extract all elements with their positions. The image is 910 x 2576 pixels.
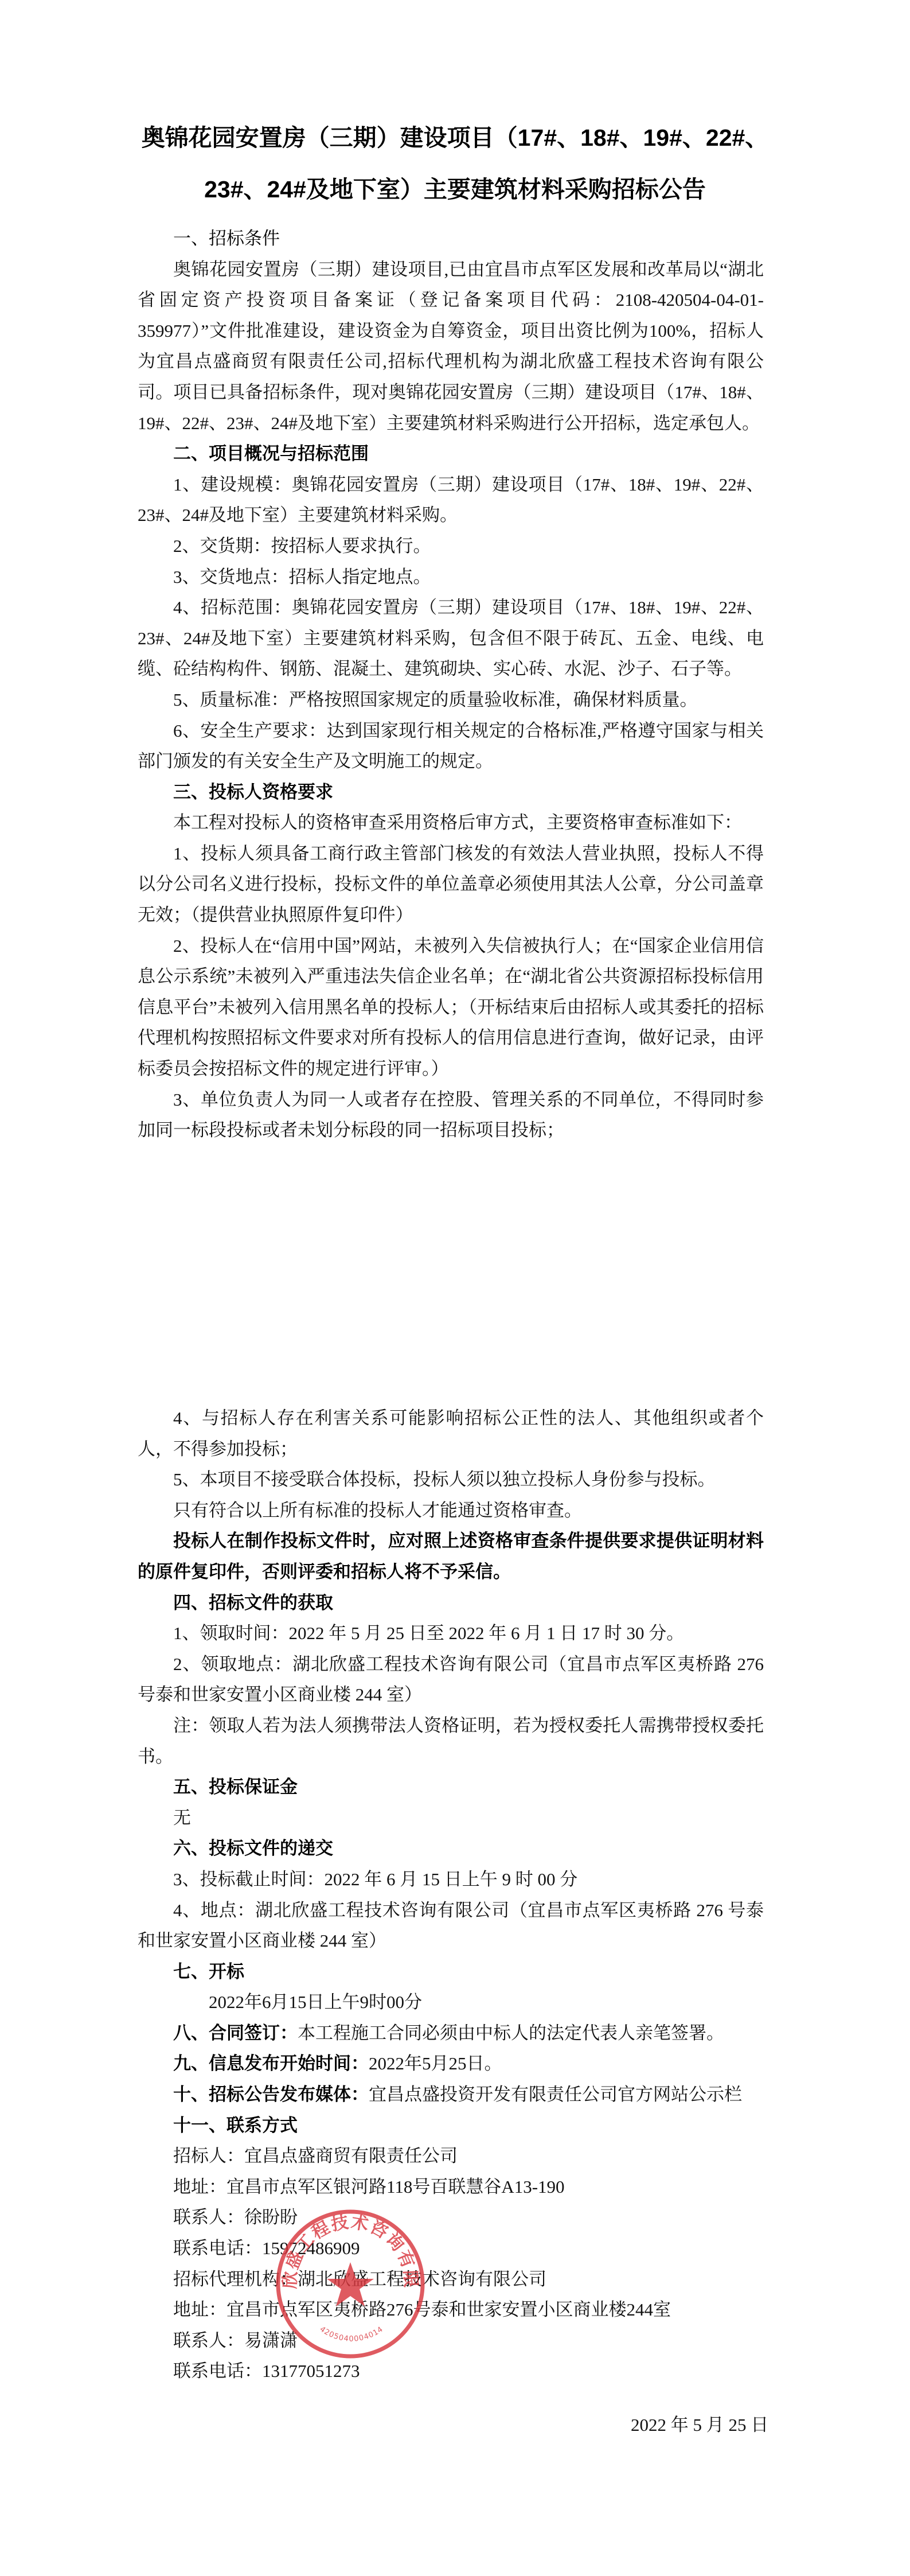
document-title-line-1: 奥锦花园安置房（三期）建设项目（17#、18#、19#、22#、 (115, 112, 795, 164)
section3-item-3: 3、单位负责人为同一人或者存在控股、管理关系的不同单位，不得同时参加同一标段投标… (138, 1084, 764, 1146)
section3-bold-note: 投标人在制作投标文件时，应对照上述资格审查条件提供要求提供证明材料的原件复印件，… (138, 1526, 764, 1587)
section4-item-2: 2、领取地点：湖北欣盛工程技术咨询有限公司（宜昌市点军区夷桥路 276 号泰和世… (138, 1649, 764, 1710)
section3-item-4: 4、与招标人存在利害关系可能影响招标公正性的法人、其他组织或者个人，不得参加投标… (138, 1403, 764, 1464)
section7-content: 2022年6月15日上午9时00分 (138, 1987, 764, 2018)
section-heading-10: 十、招标公告发布媒体： (173, 2084, 369, 2104)
document-date: 2022 年 5 月 25 日 (631, 2410, 768, 2441)
section-heading-8: 八、合同签订： (173, 2023, 298, 2043)
contact-agency-address: 地址：宜昌市点军区夷桥路276号泰和世家安置小区商业楼244室 (138, 2294, 764, 2325)
section4-item-1: 1、领取时间：2022 年 5 月 25 日至 2022 年 6 月 1 日 1… (138, 1618, 764, 1649)
section-heading-7: 七、开标 (138, 1956, 764, 1987)
section6-item-3: 3、投标截止时间：2022 年 6 月 15 日上午 9 时 00 分 (138, 1864, 764, 1895)
contact-tenderer: 招标人：宜昌点盛商贸有限责任公司 (138, 2141, 764, 2172)
document-title-line-2: 23#、24#及地下室）主要建筑材料采购招标公告 (115, 164, 795, 215)
section4-note: 注：领取人若为法人须携带法人资格证明，若为授权委托人需携带授权委托书。 (138, 1710, 764, 1772)
section2-item-4: 4、招标范围：奥锦花园安置房（三期）建设项目（17#、18#、19#、22#、2… (138, 592, 764, 684)
contact-tenderer-person: 联系人：徐盼盼 (138, 2202, 764, 2233)
section3-intro: 本工程对投标人的资格审查采用资格后审方式，主要资格审查标准如下： (138, 807, 764, 838)
section9-line: 九、信息发布开始时间：2022年5月25日。 (138, 2048, 764, 2079)
contact-agency-person: 联系人：易潇潇 (138, 2325, 764, 2356)
section3-summary: 只有符合以上所有标准的投标人才能通过资格审查。 (138, 1495, 764, 1526)
section3-item-5: 5、本项目不接受联合体投标，投标人须以独立投标人身份参与投标。 (138, 1464, 764, 1495)
contact-tenderer-phone: 联系电话：15972486909 (138, 2233, 764, 2264)
section2-item-2: 2、交货期：按招标人要求执行。 (138, 531, 764, 562)
section10-line: 十、招标公告发布媒体：宜昌点盛投资开发有限责任公司官方网站公示栏 (138, 2079, 764, 2110)
section-heading-6: 六、投标文件的递交 (138, 1833, 764, 1864)
section-heading-9: 九、信息发布开始时间： (173, 2053, 369, 2073)
section-heading-1: 一、招标条件 (138, 223, 764, 254)
section3-item-2: 2、投标人在“信用中国”网站，未被列入失信被执行人；在“国家企业信用信息公示系统… (138, 931, 764, 1084)
section3-item-1: 1、投标人须具备工商行政主管部门核发的有效法人营业执照，投标人不得以分公司名义进… (138, 838, 764, 931)
contact-agency-phone: 联系电话：13177051273 (138, 2356, 764, 2387)
section-heading-11: 十一、联系方式 (138, 2110, 764, 2141)
section5-content: 无 (138, 1803, 764, 1834)
section10-content: 宜昌点盛投资开发有限责任公司官方网站公示栏 (369, 2084, 742, 2104)
section1-paragraph: 奥锦花园安置房（三期）建设项目,已由宜昌市点军区发展和改革局以“湖北省固定资产投… (138, 254, 764, 439)
contact-tenderer-address: 地址：宜昌市点军区银河路118号百联慧谷A13-190 (138, 2172, 764, 2203)
section2-item-3: 3、交货地点：招标人指定地点。 (138, 562, 764, 593)
section-heading-5: 五、投标保证金 (138, 1772, 764, 1803)
section2-item-6: 6、安全生产要求：达到国家现行相关规定的合格标准,严格遵守国家与相关部门颁发的有… (138, 715, 764, 777)
section-heading-3: 三、投标人资格要求 (138, 777, 764, 808)
body-block-1: 一、招标条件 奥锦花园安置房（三期）建设项目,已由宜昌市点军区发展和改革局以“湖… (138, 223, 764, 1146)
section6-item-4: 4、地点：湖北欣盛工程技术咨询有限公司（宜昌市点军区夷桥路 276 号泰和世家安… (138, 1895, 764, 1956)
section8-line: 八、合同签订：本工程施工合同必须由中标人的法定代表人亲笔签署。 (138, 2018, 764, 2049)
section9-content: 2022年5月25日。 (369, 2053, 502, 2073)
section2-item-5: 5、质量标准：严格按照国家规定的质量验收标准，确保材料质量。 (138, 684, 764, 715)
section-heading-4: 四、招标文件的获取 (138, 1587, 764, 1618)
document-page: 奥锦花园安置房（三期）建设项目（17#、18#、19#、22#、 23#、24#… (0, 0, 910, 2576)
body-block-2: 4、与招标人存在利害关系可能影响招标公正性的法人、其他组织或者个人，不得参加投标… (138, 1403, 764, 2387)
section2-item-1: 1、建设规模：奥锦花园安置房（三期）建设项目（17#、18#、19#、22#、2… (138, 469, 764, 531)
contact-agency: 招标代理机构：湖北欣盛工程技术咨询有限公司 (138, 2264, 764, 2295)
section8-content: 本工程施工合同必须由中标人的法定代表人亲笔签署。 (298, 2023, 724, 2043)
section-heading-2: 二、项目概况与招标范围 (138, 438, 764, 469)
